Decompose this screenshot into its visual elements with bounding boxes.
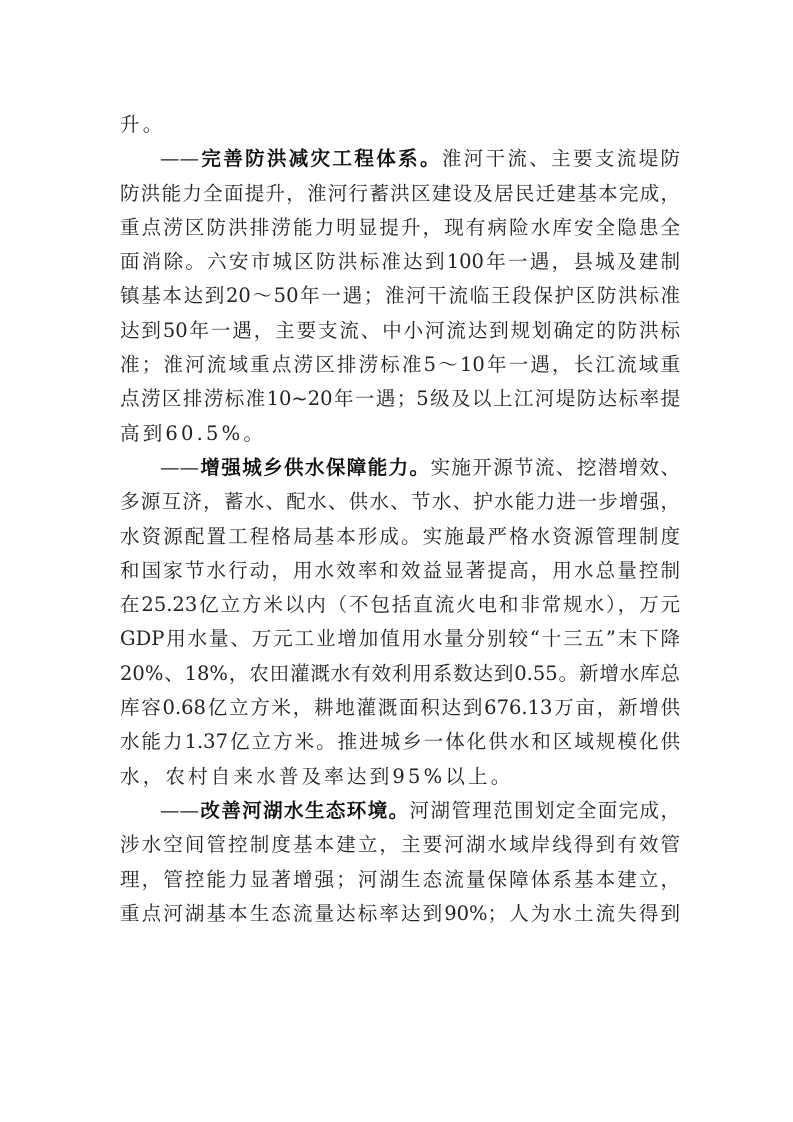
text-line: 和国家节水行动，用水效率和效益显著提高，用水总量控制 bbox=[120, 554, 680, 588]
em-dash: —— bbox=[160, 799, 199, 822]
section-heading: 改善河湖水生态环境。 bbox=[199, 799, 410, 822]
text-line: 升。 bbox=[120, 108, 680, 142]
text-line: 重点涝区防洪排涝能力明显提升，现有病险水库安全隐患全 bbox=[120, 211, 680, 245]
document-page: 升。 ——完善防洪减灾工程体系。淮河干流、主要支流堤防 防洪能力全面提升，淮河行… bbox=[120, 108, 680, 931]
paragraph-first-line: ——增强城乡供水保障能力。实施开源节流、挖潜增效、 bbox=[120, 451, 680, 485]
text-line: 水，农村自来水普及率达到95%以上。 bbox=[120, 760, 680, 794]
text-line: 20%、18%，农田灌溉水有效利用系数达到0.55。新增水库总 bbox=[120, 657, 680, 691]
em-dash: —— bbox=[160, 147, 199, 170]
text-line: 达到50年一遇，主要支流、中小河流达到规划确定的防洪标 bbox=[120, 314, 680, 348]
paragraph-first-line: ——完善防洪减灾工程体系。淮河干流、主要支流堤防 bbox=[120, 142, 680, 176]
section-heading: 完善防洪减灾工程体系。 bbox=[199, 147, 442, 170]
text-line: 库容0.68亿立方米，耕地灌溉面积达到676.13万亩，新增供 bbox=[120, 691, 680, 725]
text-line: 防洪能力全面提升，淮河行蓄洪区建设及居民迁建基本完成， bbox=[120, 177, 680, 211]
text-line: 镇基本达到20～50年一遇；淮河干流临王段保护区防洪标准 bbox=[120, 279, 680, 313]
text-line: 准；淮河流域重点涝区排涝标准5～10年一遇，长江流域重 bbox=[120, 348, 680, 382]
paragraph-first-line: ——改善河湖水生态环境。河湖管理范围划定全面完成， bbox=[120, 794, 680, 828]
text-line: GDP用水量、万元工业增加值用水量分别较“十三五”末下降 bbox=[120, 622, 680, 656]
text-line: 多源互济，蓄水、配水、供水、节水、护水能力进一步增强， bbox=[120, 485, 680, 519]
text-run: 河湖管理范围划定全面完成， bbox=[410, 799, 680, 822]
text-run: 实施开源节流、挖潜增效、 bbox=[430, 456, 680, 479]
text-run: 淮河干流、主要支流堤防 bbox=[442, 147, 680, 170]
text-line: 水能力1.37亿立方米。推进城乡一体化供水和区域规模化供 bbox=[120, 725, 680, 759]
text-line: 在25.23亿立方米以内（不包括直流火电和非常规水），万元 bbox=[120, 588, 680, 622]
text-line: 重点河湖基本生态流量达标率达到90%；人为水土流失得到 bbox=[120, 897, 680, 931]
em-dash: —— bbox=[160, 456, 199, 479]
text-line: 面消除。六安市城区防洪标准达到100年一遇，县城及建制 bbox=[120, 245, 680, 279]
section-heading: 增强城乡供水保障能力。 bbox=[199, 456, 430, 479]
text-line: 理，管控能力显著增强；河湖生态流量保障体系基本建立， bbox=[120, 863, 680, 897]
text-line: 涉水空间管控制度基本建立，主要河湖水域岸线得到有效管 bbox=[120, 828, 680, 862]
text-line: 水资源配置工程格局基本形成。实施最严格水资源管理制度 bbox=[120, 520, 680, 554]
text-line: 点涝区排涝标准10~20年一遇；5级及以上江河堤防达标率提 bbox=[120, 382, 680, 416]
text-line: 高到60.5%。 bbox=[120, 417, 680, 451]
